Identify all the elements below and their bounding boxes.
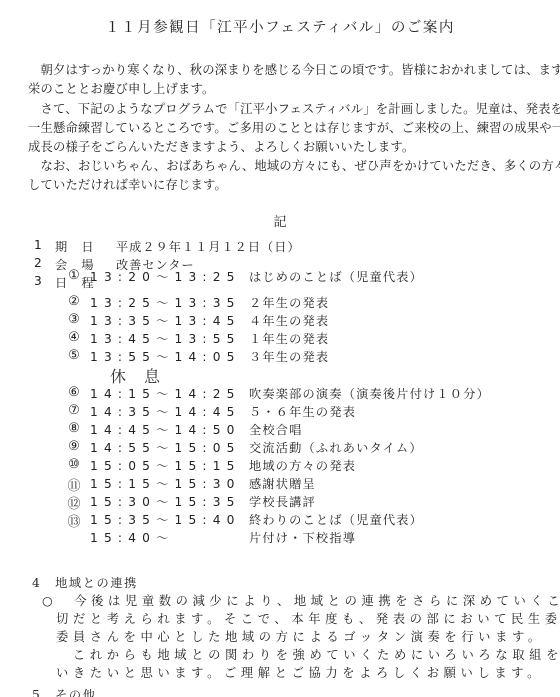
schedule-number: ① [66,268,82,283]
schedule-number: ④ [66,330,82,345]
schedule-row: ② 13:25～13:35 ２年生の発表 [66,294,546,310]
schedule-number: ⑩ [66,457,82,472]
schedule-desc: 感謝状贈呈 [249,475,316,492]
rest-break-label: 休息 [110,364,178,387]
schedule-time: 14:55～15:05 [90,439,241,456]
schedule-row: ⑨ 14:55～15:05 交流活動（ふれあいタイム） [66,439,546,455]
section-4-line: 委員さんを中心とした地域の方によるゴッタン演奏を行います。 [56,627,545,645]
schedule-number: ⑥ [66,385,82,400]
schedule-row: ③ 13:35～13:45 ４年生の発表 [66,312,546,328]
schedule-time: 15:05～15:15 [90,457,241,474]
schedule-row: ⑩ 15:05～15:15 地域の方々の発表 [66,457,546,473]
schedule-row: ④ 13:45～13:55 １年生の発表 [66,330,546,346]
schedule-row: ⑥ 14:15～14:25 吹奏楽部の演奏（演奏後片付け１０分） [66,385,546,401]
schedule-time: 15:15～15:30 [90,475,241,492]
schedule-desc: 片付け・下校指導 [249,529,356,546]
section-4-line: ○ 今後は児童数の減少により、地域との連携をさらに深めていくことが大 [42,591,560,609]
schedule-time: 13:55～14:05 [90,348,241,365]
schedule-desc: ２年生の発表 [249,294,329,311]
schedule-desc: 吹奏楽部の演奏（演奏後片付け１０分） [249,385,490,402]
schedule-time: 15:30～15:35 [90,493,241,510]
schedule-row: 15:40～ 片付け・下校指導 [66,529,546,545]
schedule-number: ⑨ [66,439,82,454]
schedule-time: 15:40～ [90,529,175,546]
schedule-number: ⑦ [66,403,82,418]
section-4-line: これからも地域との関わりを強めていくためにいろいろな取組を行って [56,645,560,663]
schedule-number: ② [66,294,82,309]
schedule-number: ⑧ [66,421,82,436]
section-4-line: 切だと考えられます。そこで、本年度も、発表の部において民生委員児童 [56,609,560,627]
schedule-number: ③ [66,312,82,327]
schedule-desc: ３年生の発表 [249,348,329,365]
schedule-row: ⑬ 15:35～15:40 終わりのことば（児童代表） [66,511,546,527]
item-number: 1 [34,238,43,252]
schedule-time: 14:45～14:50 [90,421,241,438]
schedule-time: 14:15～14:25 [90,385,241,402]
schedule-number: ⑬ [66,511,82,530]
schedule-time: 14:35～14:45 [90,403,241,420]
schedule-time: 13:45～13:55 [90,330,241,347]
section-4-line: いきたいと思います。ご理解とご協力をよろしくお願いします。 [56,663,544,681]
schedule-row: ① 13:20～13:25 はじめのことば（児童代表） [66,268,546,284]
schedule-number: ⑤ [66,348,82,363]
item-number: 3 [34,274,43,288]
schedule-desc: 終わりのことば（児童代表） [249,511,423,528]
schedule-time: 13:20～13:25 [90,268,241,285]
schedule-row: ⑫ 15:30～15:35 学校長講評 [66,493,546,509]
schedule-desc: １年生の発表 [249,330,329,347]
schedule-desc: 交流活動（ふれあいタイム） [249,439,423,456]
schedule-desc: ５・６年生の発表 [249,403,356,420]
schedule-number: ⑪ [66,475,82,494]
schedule-row: ⑪ 15:15～15:30 感謝状贈呈 [66,475,546,491]
schedule-desc: はじめのことば（児童代表） [249,268,423,285]
schedule-time: 13:25～13:35 [90,294,241,311]
schedule-row: ⑧ 14:45～14:50 全校合唱 [66,421,546,437]
schedule-desc: 全校合唱 [249,421,303,438]
schedule-desc: ４年生の発表 [249,312,329,329]
item-number: 2 [34,256,43,270]
schedule-row: ⑤ 13:55～14:05 ３年生の発表 [66,348,546,364]
schedule-desc: 学校長講評 [249,493,316,510]
schedule-desc: 地域の方々の発表 [249,457,356,474]
schedule-time: 13:35～13:45 [90,312,241,329]
section-4-heading: 4 地域との連携 [32,574,138,591]
schedule-number: ⑫ [66,493,82,512]
section-5-heading: 5 その他 [32,686,97,697]
schedule-row: ⑦ 14:35～14:45 ５・６年生の発表 [66,403,546,419]
schedule-time: 15:35～15:40 [90,511,241,528]
